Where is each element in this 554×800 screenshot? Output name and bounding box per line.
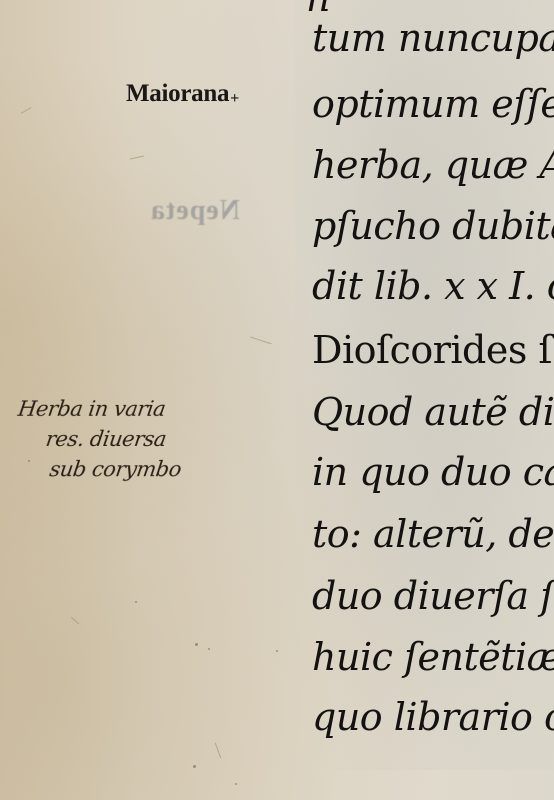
- handwritten-line: res. diuersa: [12, 424, 187, 454]
- paper-fiber: [71, 617, 79, 624]
- handwritten-line: Herba in varia: [16, 394, 191, 424]
- text-line: tum nuncupat: [312, 18, 554, 58]
- paper-fiber: [21, 107, 32, 114]
- bleed-through-text: Nepeta: [150, 195, 240, 227]
- text-line: duo diuerſa ſi: [312, 576, 554, 616]
- text-line: Dioſcorides ſ: [312, 330, 552, 370]
- paper-speck: [195, 643, 198, 646]
- paper-speck: [208, 648, 210, 650]
- printed-margin-note: Maiorana+: [126, 80, 239, 108]
- paper-speck: [235, 783, 237, 785]
- paper-fiber: [130, 156, 144, 160]
- paper-speck: [135, 601, 137, 603]
- handwritten-annotation: Herba in varia res. diuersa sub corymbo: [8, 394, 192, 484]
- margin-note-text: Maiorana: [126, 80, 229, 107]
- text-line: huic ſentẽtiæ: [312, 637, 554, 677]
- text-line: dit lib. x x I. c: [312, 266, 554, 306]
- handwritten-line: sub corymbo: [8, 454, 183, 484]
- text-line: quo librario c: [312, 697, 554, 737]
- paper-fiber: [250, 337, 271, 345]
- text-line: in quo duo ca: [312, 452, 554, 492]
- paper-fiber: [215, 743, 221, 758]
- text-line: optimum eſſe: [312, 84, 554, 124]
- cross-mark-icon: +: [230, 90, 239, 107]
- text-line: herba, quæ A: [312, 145, 554, 185]
- book-page: Maiorana+ Nepeta Herba in varia res. diu…: [0, 0, 554, 800]
- text-line: pſucho dubita: [312, 206, 554, 246]
- paper-speck: [276, 650, 278, 652]
- text-line: Quod autẽ di: [312, 392, 554, 432]
- paper-speck: [193, 765, 196, 768]
- text-line: to: alterũ, de a: [312, 514, 554, 554]
